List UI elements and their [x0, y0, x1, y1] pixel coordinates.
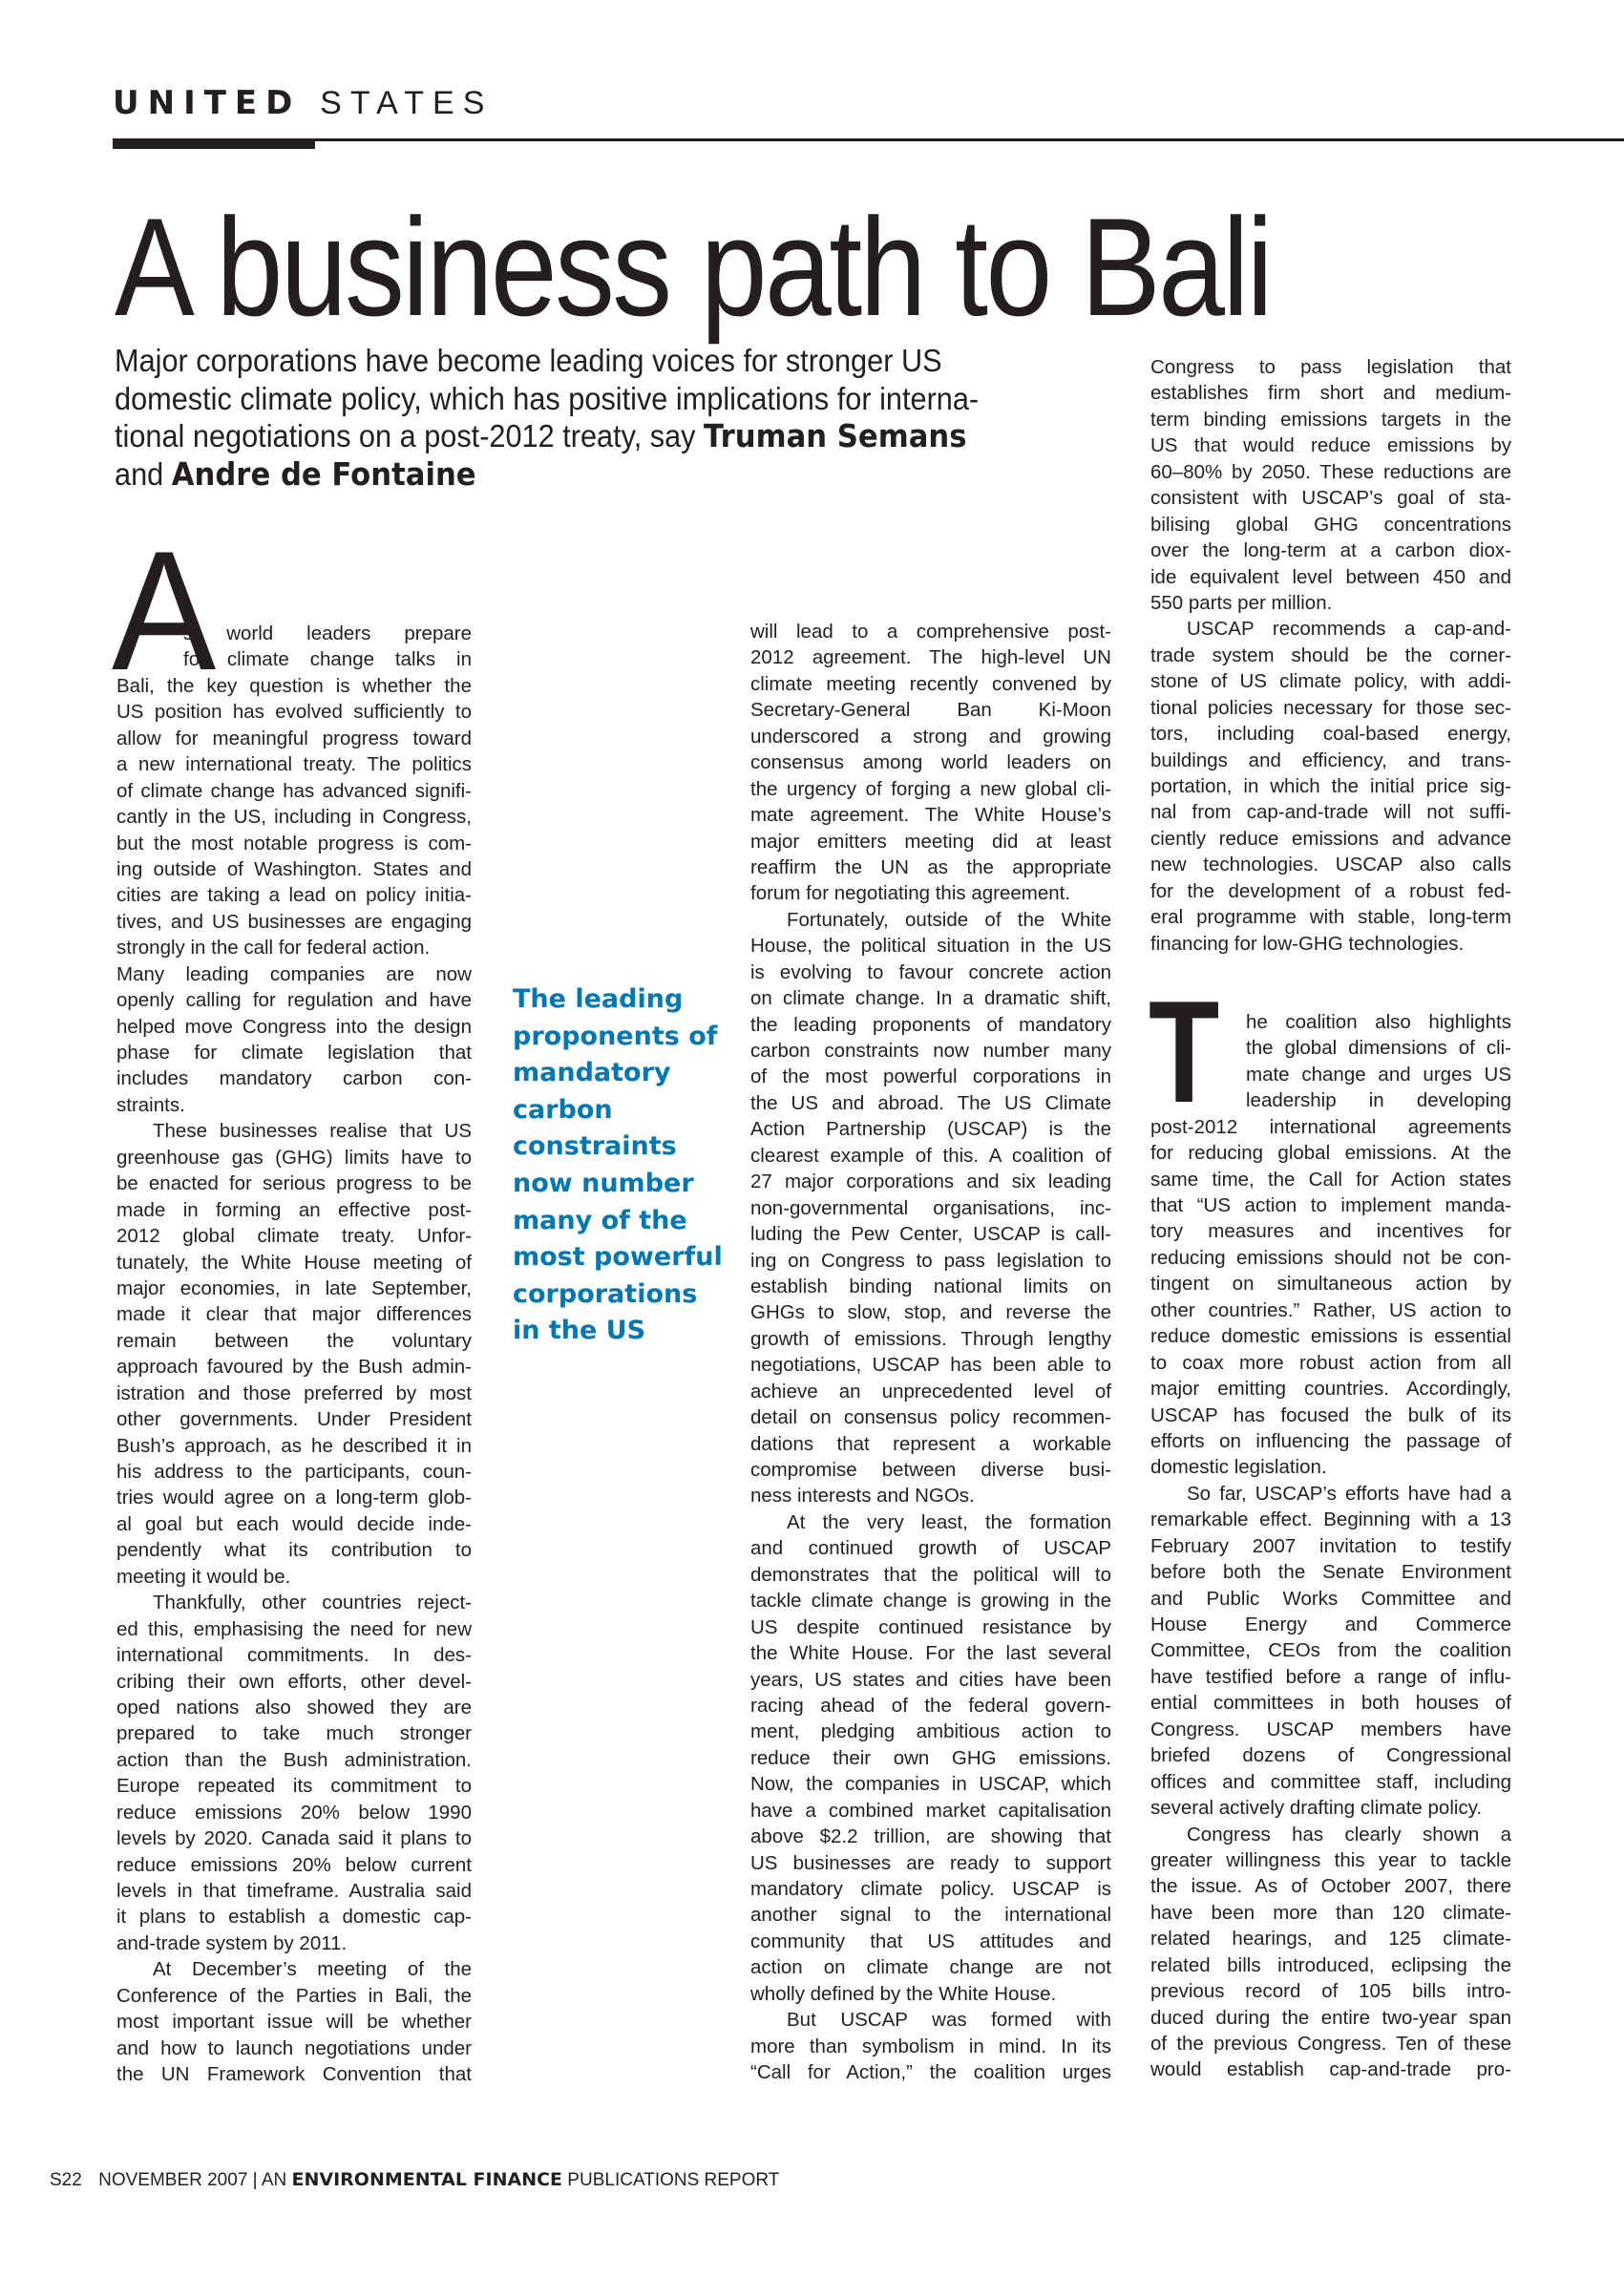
text-line: Thankfully, other countries reject- [116, 1590, 472, 1615]
text-line: At the very least, the formation [750, 1509, 1111, 1535]
text-line: Europe repeated its commitment to [116, 1773, 472, 1799]
text-line: and how to launch negotiations under [116, 2035, 472, 2061]
text-line: to coax more robust action from all [1150, 1350, 1511, 1376]
text-line: straints. [116, 1092, 472, 1118]
text-line: underscored a strong and growing [750, 724, 1111, 749]
text-line: is evolving to favour concrete action [750, 960, 1111, 985]
text-line: US businesses are ready to support [750, 1850, 1111, 1876]
text-line: At December’s meeting of the [116, 1956, 472, 1982]
text-line: remain between the voluntary [116, 1328, 472, 1354]
text-line: pendently what its contribution to [116, 1537, 472, 1563]
text-line: prepared to take much stronger [116, 1720, 472, 1746]
text-line: approach favoured by the Bush admin- [116, 1354, 472, 1380]
text-line: efforts on influencing the passage of [1150, 1428, 1511, 1454]
text-line: allow for meaningful progress toward [116, 726, 472, 751]
text-line: greenhouse gas (GHG) limits have to [116, 1145, 472, 1171]
text-line: eral programme with stable, long-term [1150, 904, 1511, 930]
text-line [1150, 983, 1511, 1009]
text-line: cities are taking a lead on policy initi… [116, 882, 472, 908]
standfirst-text: tional negotiations on a post-2012 treat… [115, 418, 704, 453]
text-line: action than the Bush administration. [116, 1747, 472, 1773]
text-line: openly calling for regulation and have [116, 987, 472, 1013]
text-line: helped move Congress into the design [116, 1014, 472, 1040]
text-line: years, US states and cities have been [750, 1667, 1111, 1693]
text-line: Many leading companies are now [116, 961, 472, 987]
text-line: achieve an unprecedented level of [750, 1379, 1111, 1404]
text-line: tory measures and incentives for [1150, 1218, 1511, 1244]
text-line: Action Partnership (USCAP) is the [750, 1116, 1111, 1142]
text-line: will lead to a comprehensive post- [750, 619, 1111, 644]
text-line: domestic legislation. [1150, 1454, 1511, 1480]
text-line: new technologies. USCAP also calls [1150, 852, 1511, 877]
text-line: ness interests and NGOs. [750, 1483, 1111, 1508]
text-line: Secretary-General Ban Ki-Moon [750, 697, 1111, 723]
text-line: reduce emissions 20% below 1990 [116, 1800, 472, 1825]
text-line: reaffirm the UN as the appropriate [750, 854, 1111, 880]
pull-quote-line: now number [513, 1166, 723, 1203]
text-line: levels by 2020. Canada said it plans to [116, 1825, 472, 1851]
pull-quote-line: proponents of [513, 1019, 723, 1056]
text-line: Bali, the key question is whether the [116, 673, 472, 699]
text-line: the leading proponents of mandatory [750, 1012, 1111, 1038]
publication-name: ENVIRONMENTAL FINANCE [292, 2169, 563, 2190]
text-line: mandatory climate policy. USCAP is [750, 1876, 1111, 1902]
footer-suffix: PUBLICATIONS REPORT [562, 2170, 779, 2190]
text-line: related hearings, and 125 climate- [1150, 1926, 1511, 1951]
page-number: S22 [50, 2170, 82, 2190]
text-line: Fortunately, outside of the White [750, 907, 1111, 933]
text-line: related bills introduced, eclipsing the [1150, 1952, 1511, 1978]
pull-quote-line: most powerful [513, 1239, 723, 1276]
header-rule-accent [113, 138, 315, 149]
article-column-3: Congress to pass legislation thatestabli… [1150, 354, 1511, 2083]
text-line: House, the political situation in the US [750, 933, 1111, 959]
standfirst-line: tional negotiations on a post-2012 treat… [115, 417, 1056, 455]
standfirst-text: and [115, 456, 172, 492]
text-line: another signal to the international [750, 1902, 1111, 1928]
text-line: cribing their own efforts, other devel- [116, 1669, 472, 1695]
issue-date: NOVEMBER 2007 [98, 2170, 247, 2190]
pull-quote-line: constraints [513, 1128, 723, 1166]
text-line: meeting it would be. [116, 1564, 472, 1590]
text-line: establish binding national limits on [750, 1274, 1111, 1299]
text-line: istration and those preferred by most [116, 1381, 472, 1406]
text-line: compromise between diverse busi- [750, 1457, 1111, 1483]
text-line: of the most powerful corporations in [750, 1064, 1111, 1089]
text-line: Bush’s approach, as he described it in [116, 1433, 472, 1459]
text-line: phase for climate legislation that [116, 1040, 472, 1065]
text-line: clearest example of this. A coalition of [750, 1143, 1111, 1169]
text-line: USCAP has focused the bulk of its [1150, 1403, 1511, 1428]
text-line: of the previous Congress. Ten of these [1150, 2031, 1511, 2057]
text-line: have testified before a range of influ- [1150, 1664, 1511, 1690]
text-line: for reducing global emissions. At the [1150, 1140, 1511, 1166]
text-line: ment, pledging ambitious action to [750, 1719, 1111, 1744]
author-name: Andre de Fontaine [172, 455, 476, 493]
text-line: duced during the entire two-year span [1150, 2005, 1511, 2031]
text-line: Congress has clearly shown a [1150, 1822, 1511, 1847]
text-line: USCAP recommends a cap-and- [1150, 616, 1511, 642]
text-line: made it clear that major differences [116, 1301, 472, 1327]
text-line: portation, in which the initial price si… [1150, 773, 1511, 799]
text-line: detail on consensus policy recommen- [750, 1404, 1111, 1430]
text-line: forum for negotiating this agreement. [750, 880, 1111, 906]
text-line: and-trade system by 2011. [116, 1930, 472, 1956]
text-line: ciently reduce emissions and advance [1150, 826, 1511, 852]
text-line: strongly in the call for federal action. [116, 935, 472, 960]
text-line: tors, including coal-based energy, [1150, 721, 1511, 747]
text-line: of climate change has advanced signifi- [116, 778, 472, 804]
text-line: same time, the Call for Action states [1150, 1167, 1511, 1192]
text-line: “Call for Action,” the coalition urges [750, 2059, 1111, 2085]
text-line: and Public Works Committee and [1150, 1586, 1511, 1612]
text-line: reduce domestic emissions is essential [1150, 1323, 1511, 1349]
text-line: previous record of 105 bills intro- [1150, 1978, 1511, 2004]
text-line: action on climate change are not [750, 1954, 1111, 1980]
text-line: more than symbolism in mind. In its [750, 2034, 1111, 2059]
text-line: ential committees in both houses of [1150, 1690, 1511, 1716]
text-line: US despite continued resistance by [750, 1614, 1111, 1640]
text-line: demonstrates that the political will to [750, 1562, 1111, 1588]
text-line: major emitters meeting did at least [750, 829, 1111, 854]
text-line: other countries.” Rather, US action to [1150, 1297, 1511, 1323]
text-line: remarkable effect. Beginning with a 13 [1150, 1507, 1511, 1532]
text-line: So far, USCAP’s efforts have had a [1150, 1481, 1511, 1507]
text-line: the White House. For the last several [750, 1640, 1111, 1666]
text-line: on climate change. In a dramatic shift, [750, 985, 1111, 1011]
text-line: 60–80% by 2050. These reductions are [1150, 459, 1511, 485]
text-line: financing for low-GHG technologies. [1150, 931, 1511, 957]
standfirst-line: Major corporations have become leading v… [115, 342, 1056, 380]
header-rule [113, 138, 1624, 141]
text-line: term binding emissions targets in the [1150, 407, 1511, 432]
text-line: made in forming an effective post- [116, 1197, 472, 1223]
text-line: wholly defined by the White House. [750, 1981, 1111, 2007]
text-line: climate meeting recently convened by [750, 671, 1111, 697]
text-line: nal from cap-and-trade will not suffi- [1150, 799, 1511, 825]
text-line: mate agreement. The White House’s [750, 802, 1111, 828]
text-line: reduce emissions 20% below current [116, 1852, 472, 1878]
article-column-2: will lead to a comprehensive post-2012 a… [750, 619, 1111, 2086]
article-column-1: s world leaders preparefor climate chang… [116, 621, 472, 2088]
text-line: be enacted for serious progress to be [116, 1171, 472, 1196]
text-line: have a combined market capitalisation [750, 1798, 1111, 1824]
section-label-bold: UNITED [113, 84, 301, 122]
text-line [1150, 957, 1511, 982]
text-line: for the development of a robust fed- [1150, 878, 1511, 904]
pull-quote-line: many of the [513, 1203, 723, 1240]
section-label-light: STATES [320, 85, 493, 121]
pull-quote-line: mandatory [513, 1055, 723, 1092]
text-line: non-governmental organisations, inc- [750, 1195, 1111, 1221]
page-footer: S22 NOVEMBER 2007 | AN ENVIRONMENTAL FIN… [50, 2168, 779, 2192]
text-line: tackle climate change is growing in the [750, 1588, 1111, 1614]
text-line: GHGs to slow, stop, and reverse the [750, 1299, 1111, 1325]
text-line: ide equivalent level between 450 and [1150, 564, 1511, 590]
standfirst-line: domestic climate policy, which has posit… [115, 380, 1056, 418]
author-name: Truman Semans [704, 417, 966, 454]
text-line: for climate change talks in [116, 646, 472, 672]
text-line: includes mandatory carbon con- [116, 1065, 472, 1091]
text-line: cantly in the US, including in Congress, [116, 804, 472, 830]
text-line: February 2007 invitation to testify [1150, 1533, 1511, 1559]
standfirst-line: and Andre de Fontaine [115, 455, 1056, 494]
text-line: s world leaders prepare [116, 621, 472, 646]
text-line: most important issue will be whether [116, 2009, 472, 2035]
text-line: tingent on simultaneous action by [1150, 1271, 1511, 1297]
text-line: consensus among world leaders on [750, 749, 1111, 775]
text-line: reducing emissions should not be con- [1150, 1245, 1511, 1271]
text-line: oped nations also showed they are [116, 1695, 472, 1720]
text-line: US that would reduce emissions by [1150, 432, 1511, 458]
text-line: dations that represent a workable [750, 1431, 1111, 1457]
footer-separator: | AN [247, 2170, 291, 2190]
text-line: the global dimensions of cli- [1150, 1035, 1511, 1061]
text-line: bilising global GHG concentrations [1150, 512, 1511, 538]
text-line: Now, the companies in USCAP, which [750, 1771, 1111, 1797]
text-line: luding the Pew Center, USCAP is call- [750, 1221, 1111, 1247]
text-line: international commitments. In des- [116, 1642, 472, 1668]
text-line: 2012 global climate treaty. Unfor- [116, 1223, 472, 1249]
pull-quote-line: carbon [513, 1092, 723, 1129]
text-line: But USCAP was formed with [750, 2007, 1111, 2033]
pull-quote: The leadingproponents ofmandatorycarbonc… [513, 981, 723, 1350]
text-line: tional policies necessary for those sec- [1150, 695, 1511, 721]
text-line: have been more than 120 climate- [1150, 1900, 1511, 1926]
pull-quote-line: The leading [513, 981, 723, 1019]
text-line: establishes firm short and medium- [1150, 380, 1511, 406]
text-line: 2012 agreement. The high-level UN [750, 644, 1111, 670]
text-line: briefed dozens of Congressional [1150, 1742, 1511, 1768]
text-line: offices and committee staff, including [1150, 1769, 1511, 1795]
text-line: levels in that timeframe. Australia said [116, 1878, 472, 1904]
pull-quote-line: in the US [513, 1313, 723, 1350]
text-line: post-2012 international agreements [1150, 1114, 1511, 1140]
text-line: his address to the participants, coun- [116, 1459, 472, 1485]
text-line: the US and abroad. The US Climate [750, 1090, 1111, 1116]
text-line: growth of emissions. Through lengthy [750, 1326, 1111, 1352]
text-line: major emitting countries. Accordingly, [1150, 1376, 1511, 1402]
text-line: a new international treaty. The politics [116, 751, 472, 777]
text-line: stone of US climate policy, with addi- [1150, 668, 1511, 694]
text-line: ing outside of Washington. States and [116, 856, 472, 882]
pull-quote-line: corporations [513, 1276, 723, 1314]
text-line: leadership in developing [1150, 1087, 1511, 1113]
text-line: US position has evolved sufficiently to [116, 699, 472, 725]
text-line: but the most notable progress is com- [116, 831, 472, 856]
text-line: buildings and efficiency, and trans- [1150, 748, 1511, 773]
article-title: A business path to Bali [115, 191, 1271, 344]
text-line: greater willingness this year to tackle [1150, 1847, 1511, 1873]
text-line: Conference of the Parties in Bali, the [116, 1983, 472, 2009]
text-line: tives, and US businesses are engaging [116, 909, 472, 935]
text-line: tries would agree on a long-term glob- [116, 1485, 472, 1510]
text-line: mate change and urges US [1150, 1062, 1511, 1087]
text-line: community that US attitudes and [750, 1929, 1111, 1954]
text-line: House Energy and Commerce [1150, 1612, 1511, 1637]
text-line: Committee, CEOs from the coalition [1150, 1637, 1511, 1663]
text-line: over the long-term at a carbon diox- [1150, 538, 1511, 563]
text-line: the urgency of forging a new global cli- [750, 776, 1111, 802]
text-line: tunately, the White House meeting of [116, 1250, 472, 1276]
text-line: it plans to establish a domestic cap- [116, 1904, 472, 1930]
section-label: UNITED STATES [113, 84, 493, 122]
text-line: major economies, in late September, [116, 1276, 472, 1301]
text-line: other governments. Under President [116, 1406, 472, 1432]
text-line: al goal but each would decide inde- [116, 1511, 472, 1537]
text-line: Congress. USCAP members have [1150, 1717, 1511, 1742]
text-line: ed this, emphasising the need for new [116, 1616, 472, 1642]
text-line: reduce their own GHG emissions. [750, 1745, 1111, 1771]
text-line: Congress to pass legislation that [1150, 354, 1511, 380]
text-line: the issue. As of October 2007, there [1150, 1873, 1511, 1899]
text-line: above $2.2 trillion, are showing that [750, 1824, 1111, 1849]
text-line: 27 major corporations and six leading [750, 1169, 1111, 1194]
text-line: carbon constraints now number many [750, 1038, 1111, 1064]
text-line: negotiations, USCAP has been able to [750, 1352, 1111, 1378]
text-line: several actively drafting climate policy… [1150, 1795, 1511, 1821]
text-line: before both the Senate Environment [1150, 1559, 1511, 1585]
text-line: he coalition also highlights [1150, 1009, 1511, 1035]
text-line: 550 parts per million. [1150, 590, 1511, 616]
text-line: ing on Congress to pass legislation to [750, 1248, 1111, 1274]
text-line: the UN Framework Convention that [116, 2061, 472, 2087]
text-line: would establish cap-and-trade pro- [1150, 2057, 1511, 2082]
text-line: that “US action to implement manda- [1150, 1192, 1511, 1218]
text-line: These businesses realise that US [116, 1118, 472, 1144]
text-line: trade system should be the corner- [1150, 643, 1511, 668]
text-line: racing ahead of the federal govern- [750, 1693, 1111, 1719]
text-line: consistent with USCAP’s goal of sta- [1150, 485, 1511, 511]
standfirst: Major corporations have become leading v… [115, 342, 1127, 493]
text-line: and continued growth of USCAP [750, 1535, 1111, 1561]
